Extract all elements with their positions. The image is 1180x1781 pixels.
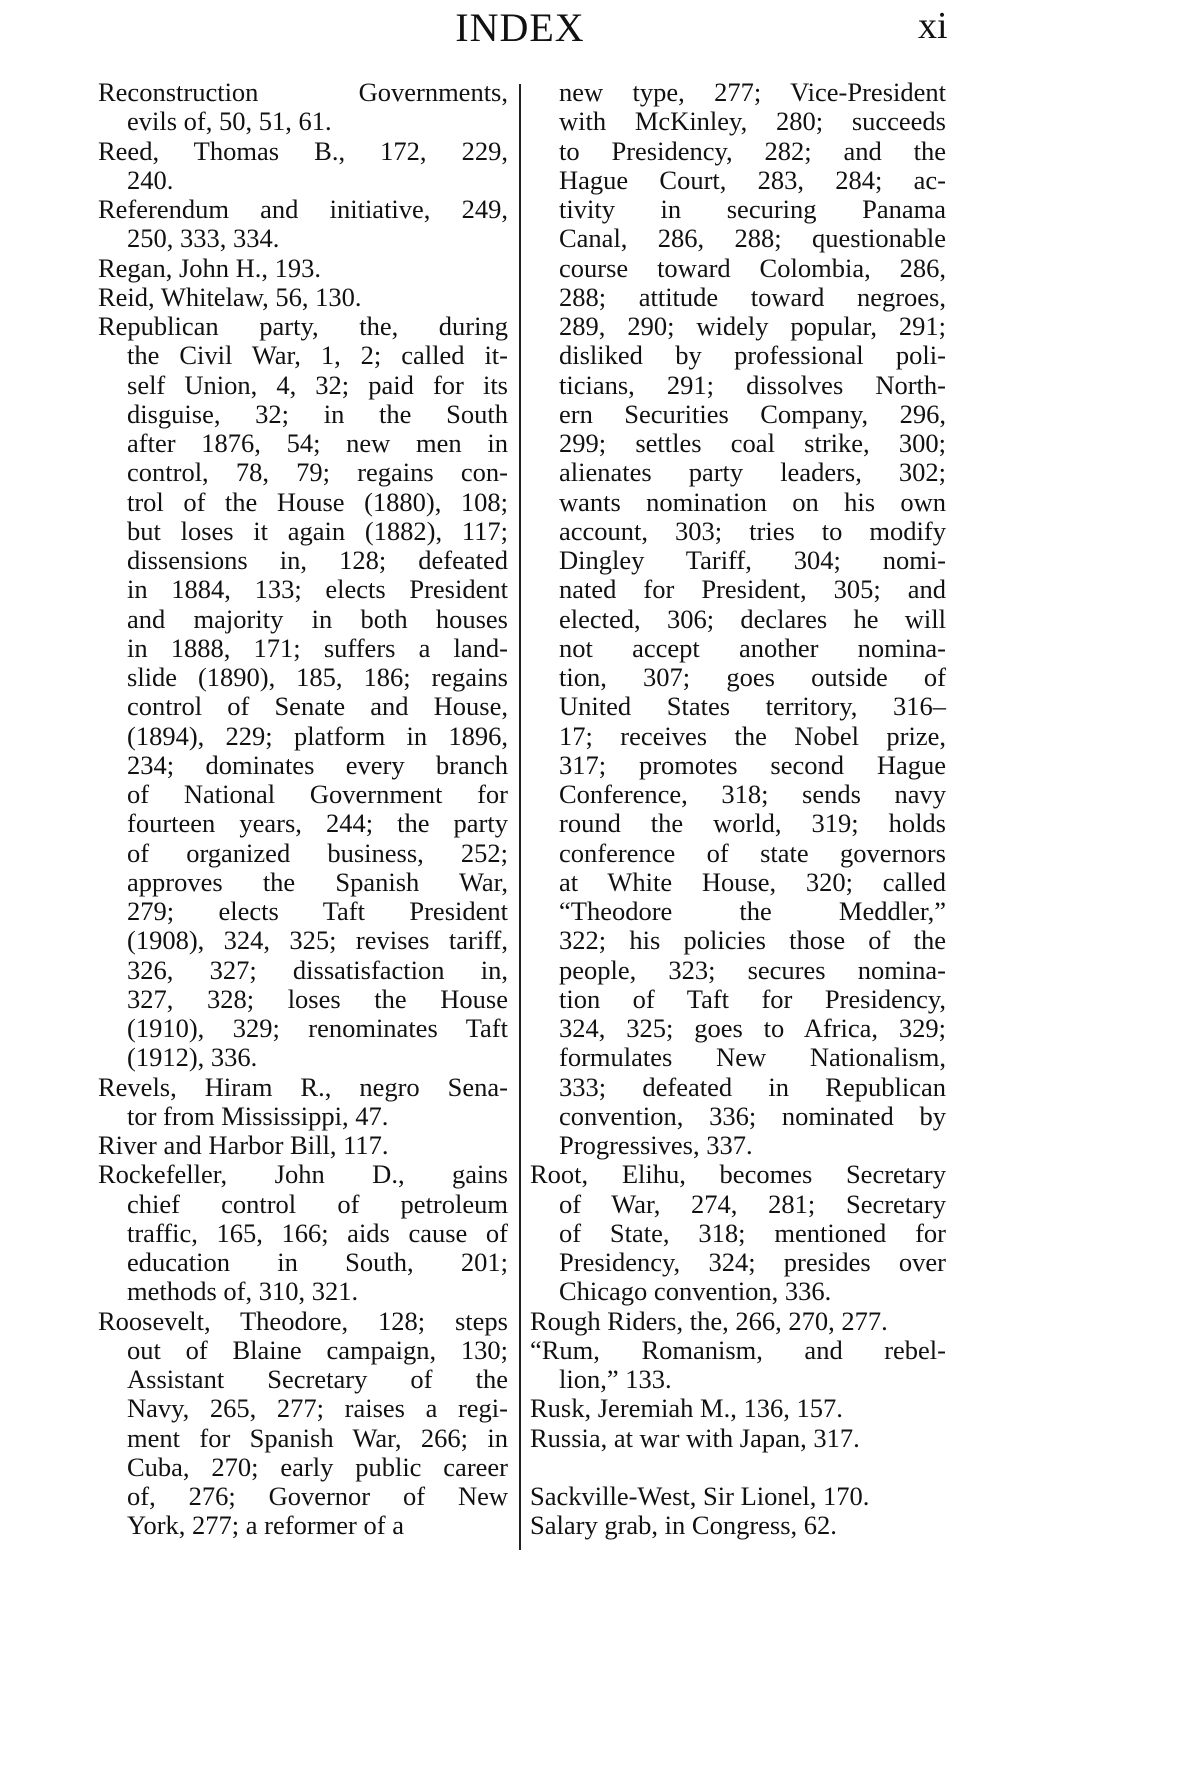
- index-entry-heading-line: Reed, Thomas B., 172, 229,: [98, 137, 508, 166]
- index-entry-continuation-line: 324, 325; goes to Africa, 329;: [530, 1014, 946, 1043]
- index-entry-heading-line: Revels, Hiram R., negro Sena-: [98, 1073, 508, 1102]
- index-entry: Regan, John H., 193.: [98, 254, 508, 283]
- index-entry: Roosevelt, Theodore, 128; stepsout of Bl…: [98, 1307, 508, 1541]
- index-entry-continuation-line: round the world, 319; holds: [530, 809, 946, 838]
- index-entry-continuation-line: York, 277; a reformer of a: [98, 1511, 508, 1540]
- index-entry-continuation-line: tion, 307; goes outside of: [530, 663, 946, 692]
- index-entry-continuation-line: 289, 290; widely popular, 291;: [530, 312, 946, 341]
- index-entry-continuation-line: not accept another nomina-: [530, 634, 946, 663]
- index-entry-continuation-line: wants nomination on his own: [530, 488, 946, 517]
- index-entry-continuation-line: United States territory, 316–: [530, 692, 946, 721]
- index-entry: Reconstruction Governments,evils of, 50,…: [98, 78, 508, 137]
- index-entry-continuation-line: convention, 336; nominated by: [530, 1102, 946, 1131]
- index-entry-continuation-line: nated for President, 305; and: [530, 575, 946, 604]
- index-entry-continuation-line: approves the Spanish War,: [98, 868, 508, 897]
- index-entry-continuation-line: 326, 327; dissatisfaction in,: [98, 956, 508, 985]
- index-column-right: new type, 277; Vice-Presidentwith McKinl…: [530, 78, 946, 1541]
- index-entry-continuation-line: 288; attitude toward negroes,: [530, 283, 946, 312]
- index-entry: “Rum, Romanism, and rebel-lion,” 133.: [530, 1336, 946, 1395]
- index-entry-heading-line: Regan, John H., 193.: [98, 254, 508, 283]
- index-entry-continuation-line: tor from Mississippi, 47.: [98, 1102, 508, 1131]
- index-entry-continuation-line: account, 303; tries to modify: [530, 517, 946, 546]
- index-entry-continuation-line: 234; dominates every branch: [98, 751, 508, 780]
- letter-section-gap: [530, 1453, 946, 1482]
- index-entry-continuation-line: out of Blaine campaign, 130;: [98, 1336, 508, 1365]
- index-entry-continuation-line: formulates New Nationalism,: [530, 1043, 946, 1072]
- index-entry-heading-line: “Rum, Romanism, and rebel-: [530, 1336, 946, 1365]
- index-entry: Root, Elihu, becomes Secretaryof War, 27…: [530, 1160, 946, 1306]
- index-entry-continuation-line: Cuba, 270; early public career: [98, 1453, 508, 1482]
- index-entry-continuation-line: 250, 333, 334.: [98, 224, 508, 253]
- index-entry-continuation-line: Canal, 286, 288; questionable: [530, 224, 946, 253]
- index-entry-continuation-line: 333; defeated in Republican: [530, 1073, 946, 1102]
- index-entry-continuation-line: chief control of petroleum: [98, 1190, 508, 1219]
- index-entry-continuation-line: disguise, 32; in the South: [98, 400, 508, 429]
- index-entry-continuation-line: fourteen years, 244; the party: [98, 809, 508, 838]
- index-entry-continuation-line: Hague Court, 283, 284; ac-: [530, 166, 946, 195]
- index-entry-continuation-line: at White House, 320; called: [530, 868, 946, 897]
- index-entry-continuation-line: with McKinley, 280; succeeds: [530, 107, 946, 136]
- index-column-left: Reconstruction Governments,evils of, 50,…: [98, 78, 508, 1541]
- index-entry-heading-line: Salary grab, in Congress, 62.: [530, 1511, 946, 1540]
- index-entry-continuation-line: of National Government for: [98, 780, 508, 809]
- index-entry-continuation-line: evils of, 50, 51, 61.: [98, 107, 508, 136]
- index-entry: Rockefeller, John D., gainschief control…: [98, 1160, 508, 1306]
- index-entry-continuation-line: Presidency, 324; presides over: [530, 1248, 946, 1277]
- index-entry-continuation-line: conference of state governors: [530, 839, 946, 868]
- index-entry-heading-line: Reid, Whitelaw, 56, 130.: [98, 283, 508, 312]
- index-entry-continuation-line: Conference, 318; sends navy: [530, 780, 946, 809]
- index-entry-continuation-line: of State, 318; mentioned for: [530, 1219, 946, 1248]
- index-entry: Rusk, Jeremiah M., 136, 157.: [530, 1394, 946, 1423]
- page-title: INDEX: [0, 4, 1040, 51]
- index-entry-continuation-line: course toward Colombia, 286,: [530, 254, 946, 283]
- column-divider: [519, 84, 521, 1550]
- index-entry-continuation-line: control of Senate and House,: [98, 692, 508, 721]
- index-entry-continuation-line: Navy, 265, 277; raises a regi-: [98, 1394, 508, 1423]
- index-entry-continuation-line: 240.: [98, 166, 508, 195]
- index-entry-continuation-line: (1908), 324, 325; revises tariff,: [98, 926, 508, 955]
- index-entry-continuation-line: of War, 274, 281; Secretary: [530, 1190, 946, 1219]
- index-entry-continuation-line: ticians, 291; dissolves North-: [530, 371, 946, 400]
- index-entry-continuation-line: tion of Taft for Presidency,: [530, 985, 946, 1014]
- index-entry: River and Harbor Bill, 117.: [98, 1131, 508, 1160]
- index-entry-continuation-line: the Civil War, 1, 2; called it-: [98, 341, 508, 370]
- index-entry: Referendum and initiative, 249,250, 333,…: [98, 195, 508, 254]
- index-entry: Salary grab, in Congress, 62.: [530, 1511, 946, 1540]
- index-entry-heading-line: Sackville-West, Sir Lionel, 170.: [530, 1482, 946, 1511]
- index-entry-continuation-line: ment for Spanish War, 266; in: [98, 1424, 508, 1453]
- index-entry-continuation-line: and majority in both houses: [98, 605, 508, 634]
- index-entry-continuation-line: (1894), 229; platform in 1896,: [98, 722, 508, 751]
- index-entry-continuation-line: new type, 277; Vice-President: [530, 78, 946, 107]
- index-entry-heading-line: River and Harbor Bill, 117.: [98, 1131, 508, 1160]
- page-header: INDEX xi: [0, 4, 1040, 54]
- index-entry-continuation-line: Dingley Tariff, 304; nomi-: [530, 546, 946, 575]
- index-entry: Sackville-West, Sir Lionel, 170.: [530, 1482, 946, 1511]
- index-entry-continuation-line: elected, 306; declares he will: [530, 605, 946, 634]
- index-entry-continuation-line: 327, 328; loses the House: [98, 985, 508, 1014]
- index-entry-continuation-line: methods of, 310, 321.: [98, 1277, 508, 1306]
- index-entry-heading-line: Root, Elihu, becomes Secretary: [530, 1160, 946, 1189]
- index-entry-continuation-line: self Union, 4, 32; paid for its: [98, 371, 508, 400]
- index-entry-heading-line: Rockefeller, John D., gains: [98, 1160, 508, 1189]
- index-entry-continuation-line: alienates party leaders, 302;: [530, 458, 946, 487]
- index-entry-heading-line: Reconstruction Governments,: [98, 78, 508, 107]
- index-entry-continuation-line: disliked by professional poli-: [530, 341, 946, 370]
- index-entry: new type, 277; Vice-Presidentwith McKinl…: [530, 78, 946, 1160]
- index-entry-continuation-line: “Theodore the Meddler,”: [530, 897, 946, 926]
- index-entry-continuation-line: Chicago convention, 336.: [530, 1277, 946, 1306]
- page-number: xi: [918, 4, 1040, 48]
- index-entry-continuation-line: 317; promotes second Hague: [530, 751, 946, 780]
- index-entry: Revels, Hiram R., negro Sena-tor from Mi…: [98, 1073, 508, 1132]
- index-entry-continuation-line: of, 276; Governor of New: [98, 1482, 508, 1511]
- index-entry-continuation-line: after 1876, 54; new men in: [98, 429, 508, 458]
- index-entry-continuation-line: trol of the House (1880), 108;: [98, 488, 508, 517]
- index-entry-continuation-line: ern Securities Company, 296,: [530, 400, 946, 429]
- index-entry: Republican party, the, duringthe Civil W…: [98, 312, 508, 1073]
- index-entry-heading-line: Rusk, Jeremiah M., 136, 157.: [530, 1394, 946, 1423]
- index-entry-continuation-line: (1912), 336.: [98, 1043, 508, 1072]
- index-entry-continuation-line: of organized business, 252;: [98, 839, 508, 868]
- index-entry-continuation-line: control, 78, 79; regains con-: [98, 458, 508, 487]
- index-entry-heading-line: Roosevelt, Theodore, 128; steps: [98, 1307, 508, 1336]
- index-entry-continuation-line: (1910), 329; renominates Taft: [98, 1014, 508, 1043]
- index-entry: Reid, Whitelaw, 56, 130.: [98, 283, 508, 312]
- index-entry-continuation-line: lion,” 133.: [530, 1365, 946, 1394]
- index-entry-heading-line: Russia, at war with Japan, 317.: [530, 1424, 946, 1453]
- index-entry-heading-line: Rough Riders, the, 266, 270, 277.: [530, 1307, 946, 1336]
- index-entry: Reed, Thomas B., 172, 229,240.: [98, 137, 508, 196]
- index-entry-continuation-line: but loses it again (1882), 117;: [98, 517, 508, 546]
- index-entry: Russia, at war with Japan, 317.: [530, 1424, 946, 1453]
- index-entry-continuation-line: 279; elects Taft President: [98, 897, 508, 926]
- index-entry-continuation-line: 299; settles coal strike, 300;: [530, 429, 946, 458]
- index-entry-continuation-line: 17; receives the Nobel prize,: [530, 722, 946, 751]
- index-entry-continuation-line: people, 323; secures nomina-: [530, 956, 946, 985]
- index-entry: Rough Riders, the, 266, 270, 277.: [530, 1307, 946, 1336]
- index-entry-continuation-line: to Presidency, 282; and the: [530, 137, 946, 166]
- index-entry-continuation-line: slide (1890), 185, 186; regains: [98, 663, 508, 692]
- index-entry-continuation-line: education in South, 201;: [98, 1248, 508, 1277]
- index-entry-continuation-line: Assistant Secretary of the: [98, 1365, 508, 1394]
- index-entry-heading-line: Republican party, the, during: [98, 312, 508, 341]
- index-entry-continuation-line: Progressives, 337.: [530, 1131, 946, 1160]
- index-entry-continuation-line: in 1888, 171; suffers a land-: [98, 634, 508, 663]
- index-entry-continuation-line: in 1884, 133; elects President: [98, 575, 508, 604]
- index-entry-continuation-line: traffic, 165, 166; aids cause of: [98, 1219, 508, 1248]
- index-entry-continuation-line: tivity in securing Panama: [530, 195, 946, 224]
- index-entry-continuation-line: dissensions in, 128; defeated: [98, 546, 508, 575]
- index-entry-heading-line: Referendum and initiative, 249,: [98, 195, 508, 224]
- index-entry-continuation-line: 322; his policies those of the: [530, 926, 946, 955]
